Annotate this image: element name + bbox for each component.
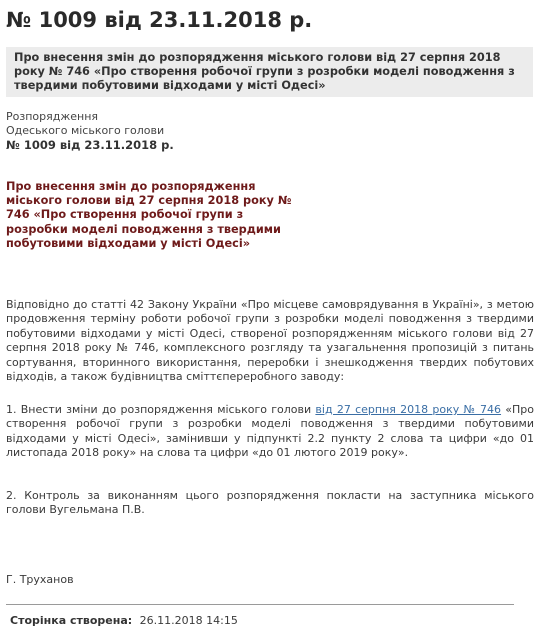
item-1-text-before: 1. Внести зміни до розпорядження міськог… bbox=[6, 403, 315, 416]
item-2-paragraph: 2. Контроль за виконанням цього розпоряд… bbox=[6, 489, 534, 518]
document-number: № 1009 від 23.11.2018 р. bbox=[6, 138, 174, 152]
page-title: № 1009 від 23.11.2018 р. bbox=[6, 8, 312, 32]
document-page: № 1009 від 23.11.2018 р. Про внесення зм… bbox=[0, 0, 545, 637]
document-subject: Про внесення змін до розпорядження міськ… bbox=[6, 180, 296, 251]
document-header: Розпорядження Одеського міського голови … bbox=[6, 110, 174, 152]
footer-divider bbox=[6, 604, 514, 605]
summary-box: Про внесення змін до розпорядження міськ… bbox=[6, 47, 533, 97]
document-type: Розпорядження bbox=[6, 110, 174, 124]
preamble-paragraph: Відповідно до статті 42 Закону України «… bbox=[6, 298, 534, 384]
signer-name: Г. Труханов bbox=[6, 573, 74, 586]
document-issuer: Одеського міського голови bbox=[6, 124, 174, 138]
item-1-paragraph: 1. Внести зміни до розпорядження міськог… bbox=[6, 403, 534, 461]
page-created-value: 26.11.2018 14:15 bbox=[140, 614, 238, 627]
page-created-info: Сторінка створена: 26.11.2018 14:15 bbox=[10, 614, 238, 627]
referenced-order-link[interactable]: від 27 серпня 2018 року № 746 bbox=[315, 403, 501, 416]
page-created-label: Сторінка створена: bbox=[10, 614, 132, 627]
